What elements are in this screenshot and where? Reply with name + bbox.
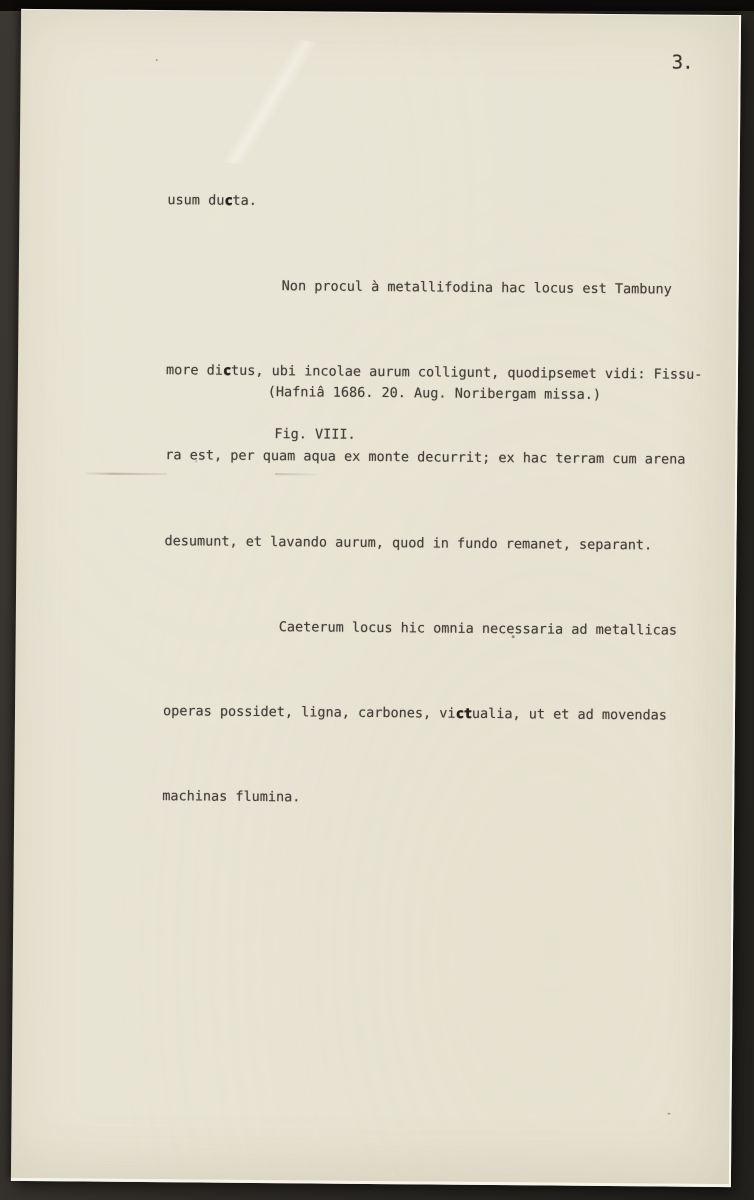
text-segment: operas possidet, ligna, carbones, vi xyxy=(163,703,456,722)
document-page: 3. usum ducta. Non procul à metallifodin… xyxy=(11,9,741,1187)
paper-speck xyxy=(195,460,197,462)
paper-crease xyxy=(85,472,167,475)
overstruck-char: c xyxy=(224,192,232,208)
overstruck-char: ct xyxy=(456,706,472,722)
paper-speck xyxy=(668,1113,671,1115)
body-text: usum ducta. Non procul à metallifodina h… xyxy=(162,129,705,872)
figure-caption: Fig. VIII. xyxy=(274,420,356,449)
text-line: ra est, per quam aqua ex monte decurrit;… xyxy=(165,442,702,475)
text-line: operas possidet, ligna, carbones, victua… xyxy=(163,697,700,730)
text-segment: ualia, ut et ad movendas xyxy=(472,706,667,724)
page-number: 3. xyxy=(672,52,693,74)
text-line: Caeterum locus hic omnia necessaria ad m… xyxy=(164,612,701,645)
citation-line: (Hafniâ 1686. 20. Aug. Noribergam missa.… xyxy=(268,378,601,409)
paper-speck xyxy=(156,59,158,61)
paper-speck xyxy=(512,635,515,638)
text-line: Non procul à metallifodina hac locus est… xyxy=(167,271,704,304)
text-segment: ta. xyxy=(232,193,257,209)
text-segment: usum du xyxy=(167,192,224,208)
text-line: machinas flumina. xyxy=(162,782,699,815)
paper-crease xyxy=(275,473,317,475)
text-line: desumunt, et lavando aurum, quod in fund… xyxy=(164,527,701,560)
scan-background: { "scan": { "page_number": "3.", "body_l… xyxy=(0,0,754,1200)
text-line: usum ducta. xyxy=(167,186,704,219)
overstruck-char: c xyxy=(223,363,231,379)
text-segment: more di xyxy=(166,362,223,378)
